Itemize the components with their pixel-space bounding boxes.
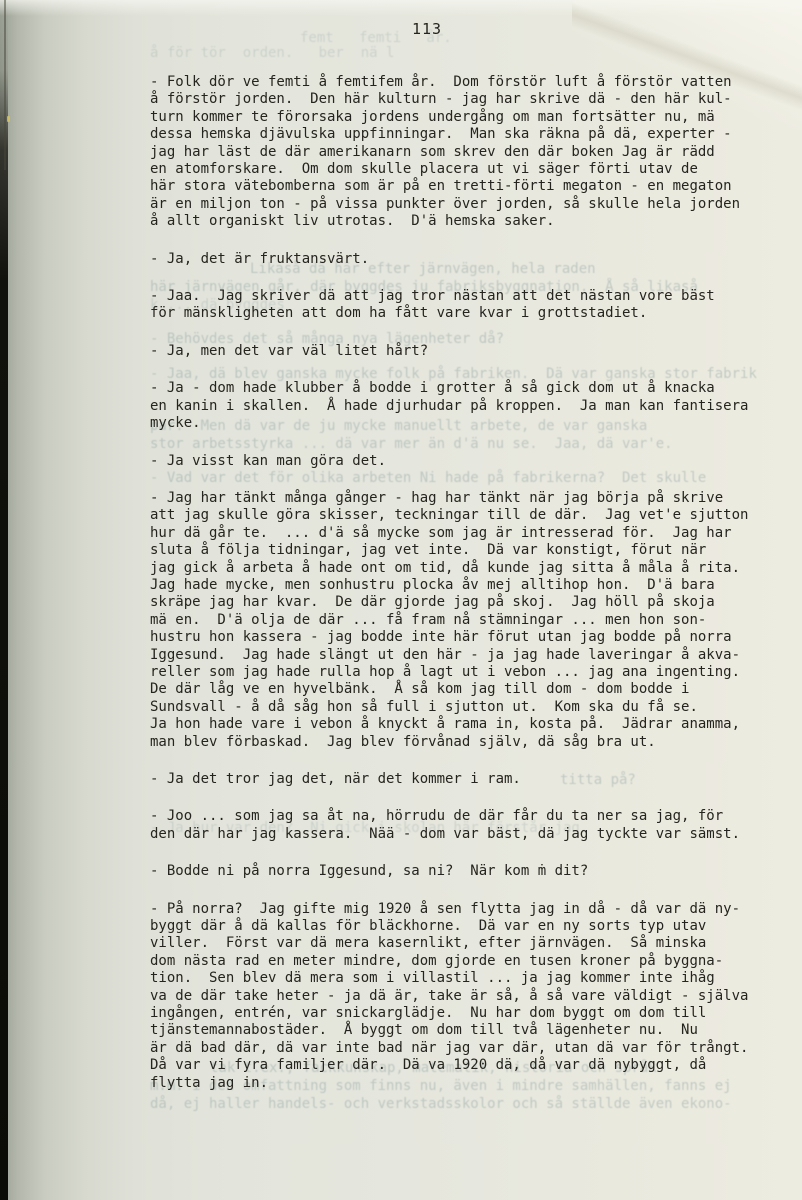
scanned-page: femt femti år.å för tör orden. ber nä lL… — [0, 0, 802, 1200]
paragraph: - På norra? Jag gifte mig 1920 å sen fly… — [150, 901, 780, 1092]
paragraph: - Folk dör ve femti å femtifem år. Dom f… — [150, 74, 780, 231]
paragraph: - Bodde ni på norra Iggesund, sa ni? När… — [150, 863, 780, 880]
paragraph: - Ja det tror jag det, när det kommer i … — [150, 771, 780, 788]
paragraph: - Joo ... som jag sa åt na, hörrudu de d… — [150, 808, 780, 843]
page-number: 113 — [412, 20, 442, 38]
paragraph: - Ja, det är fruktansvärt. — [150, 251, 780, 268]
paragraph: - Ja - dom hade klubber å bodde i grotte… — [150, 380, 780, 432]
paragraph: - Ja, men det var väl litet hårt? — [150, 343, 780, 360]
transcript-text: - Folk dör ve femti å femtifem år. Dom f… — [150, 74, 780, 1112]
paragraph: - Jaa. Jag skriver dä att jag tror nästa… — [150, 288, 780, 323]
paragraph: - Ja visst kan man göra det. — [150, 453, 780, 470]
bleedthrough-text: å för tör orden. ber nä l — [150, 45, 394, 62]
paragraph: - Jag har tänkt många gånger - hag har t… — [150, 490, 780, 751]
